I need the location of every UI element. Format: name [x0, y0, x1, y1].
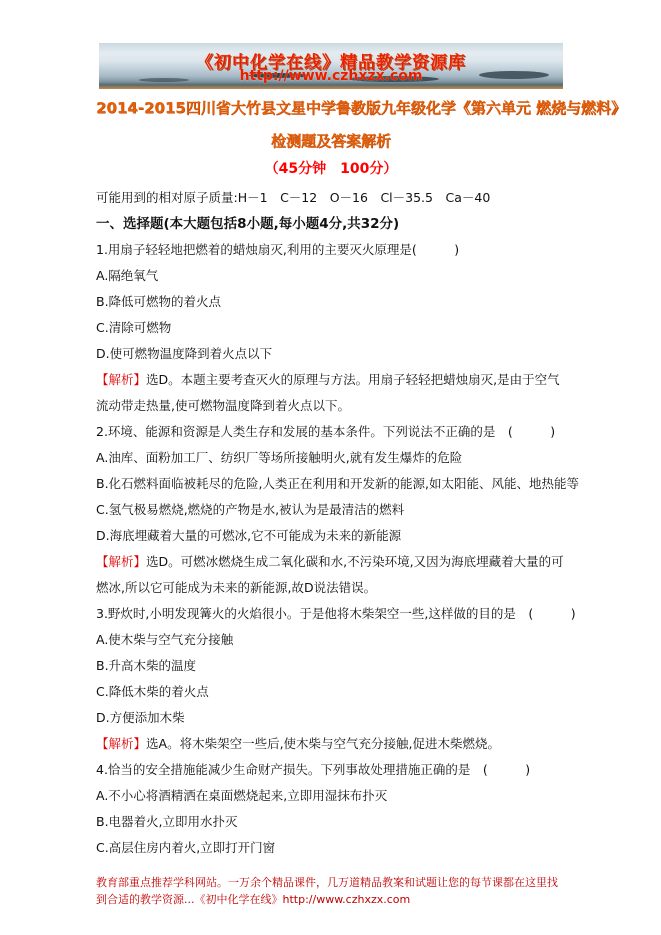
option-a: A.隔绝氧气 [96, 263, 566, 289]
page: 《初中化学在线》精品教学资源库 http://www.czhxzx.com 20… [96, 43, 566, 908]
question-stem: 2.环境、能源和资源是人类生存和发展的基本条件。下列说法不正确的是 ( ) [96, 419, 566, 445]
option-c: C.高层住房内着火,立即打开门窗 [96, 835, 566, 861]
option-d: D.使可燃物温度降到着火点以下 [96, 341, 566, 367]
site-banner: 《初中化学在线》精品教学资源库 http://www.czhxzx.com [99, 43, 563, 89]
analysis-text: 选D。可燃冰燃烧生成二氧化碳和水,不污染环境,又因为海底埋藏着大量的可燃冰,所以… [96, 554, 564, 595]
option-c: C.氢气极易燃烧,燃烧的产物是水,被认为是最清洁的燃料 [96, 497, 566, 523]
atomic-masses-line: 可能用到的相对原子质量:H－1 C－12 O－16 Cl－35.5 Ca－40 [96, 185, 566, 211]
analysis: 【解析】选A。将木柴架空一些后,使木柴与空气充分接触,促进木柴燃烧。 [96, 731, 566, 757]
analysis-label: 【解析】 [96, 554, 146, 569]
option-d: D.海底埋藏着大量的可燃冰,它不可能成为未来的新能源 [96, 523, 566, 549]
analysis-label: 【解析】 [96, 372, 146, 387]
option-b: B.升高木柴的温度 [96, 653, 566, 679]
analysis-text: 选A。将木柴架空一些后,使木柴与空气充分接触,促进木柴燃烧。 [146, 736, 500, 751]
option-b: B.电器着火,立即用水扑灭 [96, 809, 566, 835]
question-2: 2.环境、能源和资源是人类生存和发展的基本条件。下列说法不正确的是 ( ) A.… [96, 419, 566, 601]
question-stem: 1.用扇子轻轻地把燃着的蜡烛扇灭,利用的主要灭火原理是( ) [96, 237, 566, 263]
option-d: D.方便添加木柴 [96, 705, 566, 731]
footer-promo: 教育部重点推荐学科网站。一万余个精品课件，几万道精品教案和试题让您的每节课都在这… [96, 874, 566, 908]
footer-url: http://www.czhxzx.com [283, 893, 411, 906]
option-c: C.清除可燃物 [96, 315, 566, 341]
time-and-score: （45分钟 100分） [96, 160, 566, 178]
question-4: 4.恰当的安全措施能减少生命财产损失。下列事故处理措施正确的是 ( ) A.不小… [96, 757, 566, 861]
analysis-text: 选D。本题主要考查灭火的原理与方法。用扇子轻轻把蜡烛扇灭,是由于空气流动带走热量… [96, 372, 560, 413]
option-c: C.降低木柴的着火点 [96, 679, 566, 705]
question-stem: 3.野炊时,小明发现篝火的火焰很小。于是他将木柴架空一些,这样做的目的是 ( ) [96, 601, 566, 627]
analysis: 【解析】选D。可燃冰燃烧生成二氧化碳和水,不污染环境,又因为海底埋藏着大量的可燃… [96, 549, 566, 601]
question-3: 3.野炊时,小明发现篝火的火焰很小。于是他将木柴架空一些,这样做的目的是 ( )… [96, 601, 566, 757]
banner-site-url: http://www.czhxzx.com [99, 68, 563, 84]
option-a: A.油库、面粉加工厂、纺织厂等场所接触明火,就有发生爆炸的危险 [96, 445, 566, 471]
question-stem: 4.恰当的安全措施能减少生命财产损失。下列事故处理措施正确的是 ( ) [96, 757, 566, 783]
question-1: 1.用扇子轻轻地把燃着的蜡烛扇灭,利用的主要灭火原理是( ) A.隔绝氧气 B.… [96, 237, 566, 419]
analysis-label: 【解析】 [96, 736, 146, 751]
option-b: B.化石燃料面临被耗尽的危险,人类正在利用和开发新的能源,如太阳能、风能、地热能… [96, 471, 566, 497]
document-title-line1: 2014-2015四川省大竹县文星中学鲁教版九年级化学《第六单元 燃烧与燃料》 [96, 99, 566, 118]
document-body: 可能用到的相对原子质量:H－1 C－12 O－16 Cl－35.5 Ca－40 … [96, 185, 566, 861]
analysis: 【解析】选D。本题主要考查灭火的原理与方法。用扇子轻轻把蜡烛扇灭,是由于空气流动… [96, 367, 566, 419]
section-heading: 一、选择题(本大题包括8小题,每小题4分,共32分) [96, 211, 566, 237]
option-a: A.使木柴与空气充分接触 [96, 627, 566, 653]
option-b: B.降低可燃物的着火点 [96, 289, 566, 315]
document-title-line2: 检测题及答案解析 [96, 132, 566, 151]
option-a: A.不小心将酒精洒在桌面燃烧起来,立即用湿抹布扑灭 [96, 783, 566, 809]
